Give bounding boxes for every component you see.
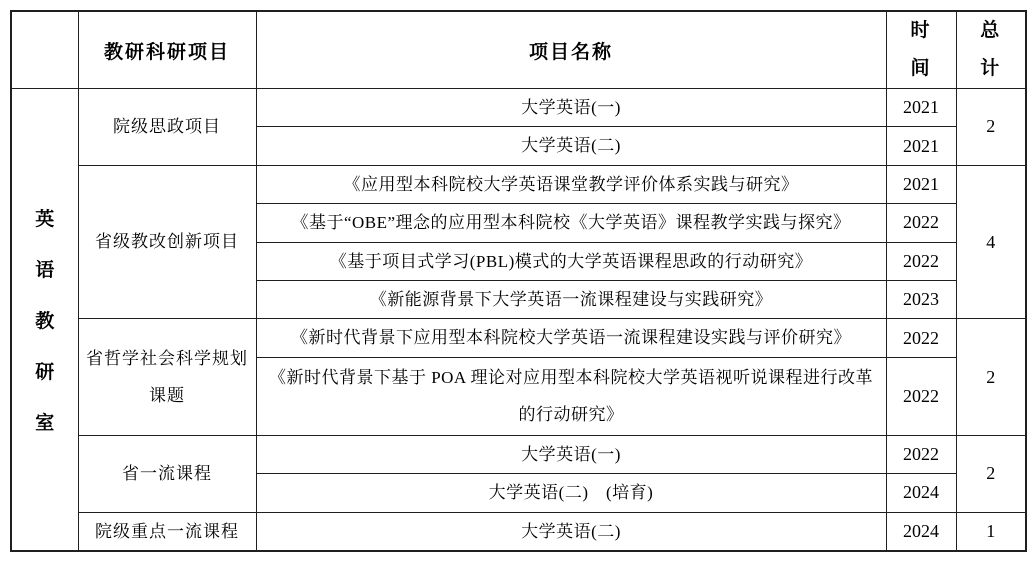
header-time-line2: 间 — [893, 50, 950, 88]
table-row: 省哲学社会科学规划课题 《新时代背景下应用型本科院校大学英语一流课程建设实践与评… — [11, 319, 1026, 357]
header-total-line1: 总 — [963, 12, 1020, 50]
category-cell: 省哲学社会科学规划课题 — [78, 319, 256, 435]
header-time-line1: 时 — [893, 12, 950, 50]
office-vertical-label: 英 语 教 研 室 — [18, 204, 72, 435]
table-row: 省一流课程 大学英语(一) 2022 2 — [11, 435, 1026, 473]
header-total: 总 计 — [956, 11, 1026, 89]
total-cell: 1 — [956, 512, 1026, 551]
year-cell: 2024 — [886, 474, 956, 512]
total-cell: 2 — [956, 435, 1026, 512]
year-cell: 2022 — [886, 242, 956, 280]
header-category: 教研科研项目 — [78, 11, 256, 89]
project-cell: 大学英语(一) — [256, 435, 886, 473]
project-cell: 大学英语(二) — [256, 512, 886, 551]
category-cell: 省级教改创新项目 — [78, 165, 256, 319]
office-char: 英 — [35, 204, 54, 231]
table-row: 院级重点一流课程 大学英语(二) 2024 1 — [11, 512, 1026, 551]
total-cell: 2 — [956, 89, 1026, 166]
project-cell: 《新能源背景下大学英语一流课程建设与实践研究》 — [256, 280, 886, 318]
project-cell: 《新时代背景下基于 POA 理论对应用型本科院校大学英语视听说课程进行改革的行动… — [256, 357, 886, 435]
office-char: 教 — [35, 306, 54, 333]
year-cell: 2022 — [886, 435, 956, 473]
project-cell: 《基于“OBE”理念的应用型本科院校《大学英语》课程教学实践与探究》 — [256, 204, 886, 242]
project-cell: 《新时代背景下应用型本科院校大学英语一流课程建设实践与评价研究》 — [256, 319, 886, 357]
table-header-row: 教研科研项目 项目名称 时 间 总 计 — [11, 11, 1026, 89]
table-row: 英 语 教 研 室 院级思政项目 大学英语(一) 2021 2 — [11, 89, 1026, 127]
year-cell: 2022 — [886, 319, 956, 357]
project-cell: 大学英语(二) — [256, 127, 886, 165]
header-total-line2: 计 — [963, 50, 1020, 88]
year-cell: 2023 — [886, 280, 956, 318]
header-project-name: 项目名称 — [256, 11, 886, 89]
header-office-cell — [11, 11, 78, 89]
year-cell: 2022 — [886, 204, 956, 242]
year-cell: 2022 — [886, 357, 956, 435]
year-cell: 2021 — [886, 127, 956, 165]
year-cell: 2021 — [886, 89, 956, 127]
project-cell: 大学英语(二) (培育) — [256, 474, 886, 512]
office-char: 语 — [35, 255, 54, 282]
header-time: 时 间 — [886, 11, 956, 89]
office-cell: 英 语 教 研 室 — [11, 89, 78, 551]
year-cell: 2024 — [886, 512, 956, 551]
year-cell: 2021 — [886, 165, 956, 203]
project-cell: 《基于项目式学习(PBL)模式的大学英语课程思政的行动研究》 — [256, 242, 886, 280]
total-cell: 2 — [956, 319, 1026, 435]
category-cell: 院级重点一流课程 — [78, 512, 256, 551]
category-cell: 省一流课程 — [78, 435, 256, 512]
project-cell: 《应用型本科院校大学英语课堂教学评价体系实践与研究》 — [256, 165, 886, 203]
category-cell: 院级思政项目 — [78, 89, 256, 166]
document-page: 教研科研项目 项目名称 时 间 总 计 英 语 教 研 室 — [0, 0, 1034, 563]
table-row: 省级教改创新项目 《应用型本科院校大学英语课堂教学评价体系实践与研究》 2021… — [11, 165, 1026, 203]
project-cell: 大学英语(一) — [256, 89, 886, 127]
projects-table: 教研科研项目 项目名称 时 间 总 计 英 语 教 研 室 — [10, 10, 1027, 552]
office-char: 研 — [35, 357, 54, 384]
total-cell: 4 — [956, 165, 1026, 319]
office-char: 室 — [35, 408, 54, 435]
